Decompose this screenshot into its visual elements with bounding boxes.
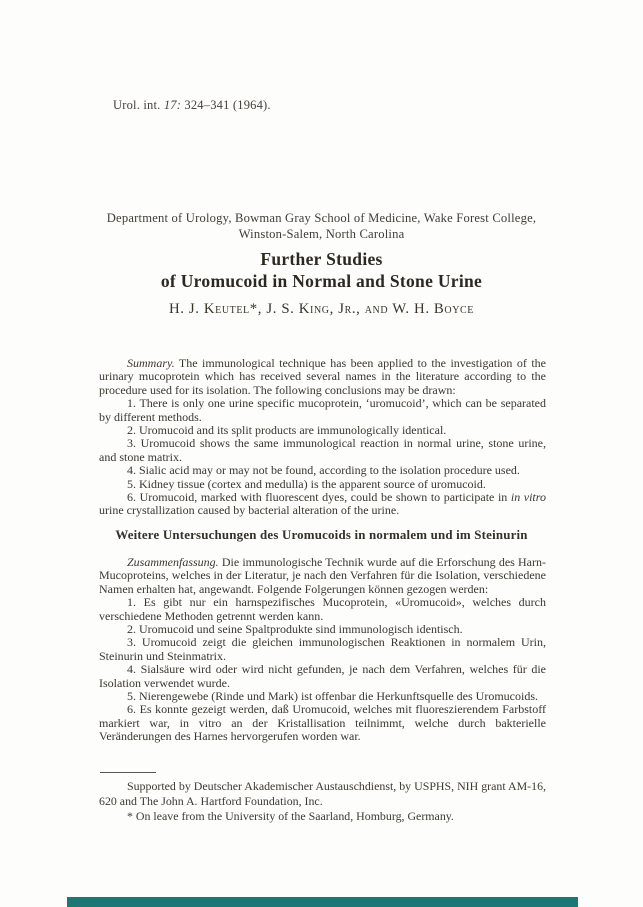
- zusammenfassung-section: Zusammenfassung. Die immunologische Tech…: [99, 556, 546, 744]
- item-text: 5. Kidney tissue (cortex and medulla) is…: [127, 477, 486, 491]
- summary-item-3: 3. Uromucoid shows the same immunologica…: [99, 437, 546, 464]
- affiliation-line-2: Winston-Salem, North Carolina: [98, 227, 545, 243]
- item-text: 5. Nierengewebe (Rinde und Mark) ist off…: [127, 689, 538, 703]
- title-line-2: of Uromucoid in Normal and Stone Urine: [58, 271, 585, 293]
- item-text: 2. Uromucoid und seine Spaltprodukte sin…: [127, 622, 463, 636]
- summary-item-1: 1. There is only one urine specific muco…: [99, 397, 546, 424]
- summary-item-2: 2. Uromucoid and its split products are …: [99, 424, 546, 437]
- german-item-2: 2. Uromucoid und seine Spaltprodukte sin…: [99, 623, 546, 636]
- page-range: 324–341 (1964).: [181, 98, 271, 112]
- item-text: 4. Sialic acid may or may not be found, …: [127, 463, 520, 477]
- summary-label: Summary.: [127, 356, 175, 370]
- footnote-support: Supported by Deutscher Akademischer Aust…: [99, 779, 546, 809]
- bottom-bar: [67, 897, 578, 907]
- paper-title: Further Studies of Uromucoid in Normal a…: [58, 249, 585, 292]
- german-title: Weitere Untersuchungen des Uromucoids in…: [58, 528, 585, 543]
- journal-name: Urol. int.: [113, 98, 164, 112]
- volume-number: 17:: [164, 98, 181, 112]
- german-item-4: 4. Sialsäure wird oder wird nicht gefund…: [99, 663, 546, 690]
- item-text: urine crystallization caused by bacteria…: [99, 503, 399, 517]
- item-text: 6. Uromucoid, marked with fluorescent dy…: [127, 490, 511, 504]
- scanned-page: Urol. int. 17: 324–341 (1964). Departmen…: [0, 0, 643, 907]
- german-item-5: 5. Nierengewebe (Rinde und Mark) ist off…: [99, 690, 546, 703]
- zusammenfassung-intro: Zusammenfassung. Die immunologische Tech…: [99, 556, 546, 596]
- item-text: 1. There is only one urine specific muco…: [99, 396, 546, 423]
- journal-citation: Urol. int. 17: 324–341 (1964).: [113, 98, 271, 113]
- item-italic: in vitro: [511, 490, 546, 504]
- item-text: 1. Es gibt nur ein harnspezifisches Muco…: [99, 595, 546, 622]
- german-item-6: 6. Es konnte gezeigt werden, daß Uromuco…: [99, 703, 546, 743]
- summary-section: Summary. The immunological technique has…: [99, 357, 546, 518]
- item-text: 2. Uromucoid and its split products are …: [127, 423, 446, 437]
- item-text: 4. Sialsäure wird oder wird nicht gefund…: [99, 662, 546, 689]
- footnote-section: Supported by Deutscher Akademischer Aust…: [99, 779, 546, 824]
- title-line-1: Further Studies: [58, 249, 585, 271]
- summary-item-6: 6. Uromucoid, marked with fluorescent dy…: [99, 491, 546, 518]
- summary-item-5: 5. Kidney tissue (cortex and medulla) is…: [99, 478, 546, 491]
- footnote-on-leave: * On leave from the University of the Sa…: [99, 809, 546, 824]
- item-text: 3. Uromucoid zeigt die gleichen immunolo…: [99, 635, 546, 662]
- affiliation-line-1: Department of Urology, Bowman Gray Schoo…: [98, 211, 545, 227]
- authors-line: H. J. Keutel*, J. S. King, Jr., and W. H…: [58, 301, 585, 318]
- zusammenfassung-label: Zusammenfassung.: [127, 555, 219, 569]
- footnote-divider: [100, 772, 156, 773]
- german-item-3: 3. Uromucoid zeigt die gleichen immunolo…: [99, 636, 546, 663]
- summary-item-4: 4. Sialic acid may or may not be found, …: [99, 464, 546, 477]
- summary-intro: Summary. The immunological technique has…: [99, 357, 546, 397]
- item-text: 6. Es konnte gezeigt werden, daß Uromuco…: [99, 702, 546, 743]
- german-item-1: 1. Es gibt nur ein harnspezifisches Muco…: [99, 596, 546, 623]
- item-text: 3. Uromucoid shows the same immunologica…: [99, 436, 546, 463]
- department-affiliation: Department of Urology, Bowman Gray Schoo…: [98, 211, 545, 242]
